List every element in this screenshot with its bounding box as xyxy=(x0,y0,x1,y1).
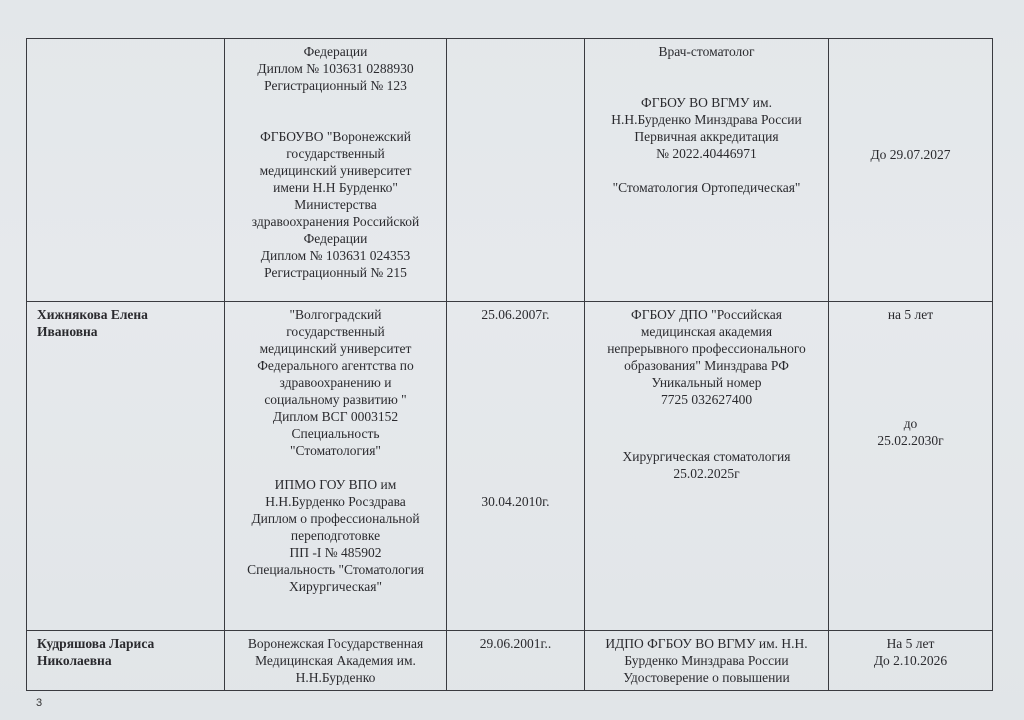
text-line: Медицинская Академия им. xyxy=(231,652,440,669)
valid-until: До 2.10.2026 xyxy=(835,652,986,669)
dates-cell: 29.06.2001г.. xyxy=(447,631,585,691)
text-line: Первичная аккредитация xyxy=(591,128,822,145)
diploma-date: 25.06.2007г. xyxy=(453,306,578,323)
certification-cell: Врач-стоматолог ФГБОУ ВО ВГМУ им. Н.Н.Бу… xyxy=(585,39,829,302)
text-line: ФГБОУ ДПО "Российская xyxy=(591,306,822,323)
diploma-number: ПП -I № 485902 xyxy=(231,544,440,561)
registration-number: Регистрационный № 123 xyxy=(231,77,440,94)
text-line: Н.Н.Бурденко Росздрава xyxy=(231,493,440,510)
registration-number: Регистрационный № 215 xyxy=(231,264,440,281)
text-line: Федерального агентства по xyxy=(231,357,440,374)
diploma-number: Диплом № 103631 024353 xyxy=(231,247,440,264)
text-line: медицинский университет xyxy=(231,340,440,357)
document-page: Федерации Диплом № 103631 0288930 Регист… xyxy=(0,0,1024,720)
text-line: медицинская академия xyxy=(591,323,822,340)
diploma-number: Диплом ВСГ 0003152 xyxy=(231,408,440,425)
text-line: образования" Минздрава РФ xyxy=(591,357,822,374)
employee-name-cell: Хижнякова Елена Ивановна xyxy=(27,302,225,631)
dates-cell: 25.06.2007г. 30.04.2010г. xyxy=(447,302,585,631)
employee-name-cell: Кудряшова Лариса Николаевна xyxy=(27,631,225,691)
text-line: Воронежская Государственная xyxy=(231,635,440,652)
employee-name-cell xyxy=(27,39,225,302)
validity-period: на 5 лет xyxy=(835,306,986,323)
text-line: имени Н.Н Бурденко" xyxy=(231,179,440,196)
valid-until: 25.02.2030г xyxy=(835,432,986,449)
text-line: государственный xyxy=(231,323,440,340)
validity-cell: на 5 лет до 25.02.2030г xyxy=(829,302,993,631)
specialty: Хирургическая стоматология xyxy=(591,448,822,465)
text-line: здравоохранению и xyxy=(231,374,440,391)
education-cell: Воронежская Государственная Медицинская … xyxy=(225,631,447,691)
text-line: Министерства xyxy=(231,196,440,213)
text-line: ФГБОУВО "Воронежский xyxy=(231,128,440,145)
education-block: ФГБОУВО "Воронежский государственный мед… xyxy=(231,128,440,281)
certification-cell: ФГБОУ ДПО "Российская медицинская академ… xyxy=(585,302,829,631)
education-block: Федерации Диплом № 103631 0288930 Регист… xyxy=(231,43,440,94)
text-line: ФГБОУ ВО ВГМУ им. xyxy=(591,94,822,111)
specialty: "Стоматология" xyxy=(231,442,440,459)
table-row: Хижнякова Елена Ивановна "Волгоградский … xyxy=(27,302,993,631)
text-line: Диплом о профессиональной xyxy=(231,510,440,527)
diploma-number: Диплом № 103631 0288930 xyxy=(231,60,440,77)
validity-period: На 5 лет xyxy=(835,635,986,652)
text-line: ИДПО ФГБОУ ВО ВГМУ им. Н.Н. xyxy=(591,635,822,652)
specialty: Специальность "Стоматология xyxy=(231,561,440,578)
validity-cell: До 29.07.2027 xyxy=(829,39,993,302)
text-line: ИПМО ГОУ ВПО им xyxy=(231,476,440,493)
unique-number: 7725 032627400 xyxy=(591,391,822,408)
page-number: 3 xyxy=(36,697,42,709)
text-line: государственный xyxy=(231,145,440,162)
education-cell: Федерации Диплом № 103631 0288930 Регист… xyxy=(225,39,447,302)
certification-cell: ИДПО ФГБОУ ВО ВГМУ им. Н.Н. Бурденко Мин… xyxy=(585,631,829,691)
valid-until: До 29.07.2027 xyxy=(835,146,986,163)
diploma-date: 30.04.2010г. xyxy=(453,493,578,510)
specialty: Хирургическая" xyxy=(231,578,440,595)
education-cell: "Волгоградский государственный медицинск… xyxy=(225,302,447,631)
text-line: Специальность xyxy=(231,425,440,442)
employee-name: Кудряшова Лариса Николаевна xyxy=(37,635,187,669)
specialty: Врач-стоматолог xyxy=(591,43,822,60)
validity-cell: На 5 лет До 2.10.2026 xyxy=(829,631,993,691)
text-line: до xyxy=(835,415,986,432)
text-line: Удостоверение о повышении xyxy=(591,669,822,686)
employee-name: Хижнякова Елена Ивановна xyxy=(37,306,187,340)
text-line: здравоохранения Российской xyxy=(231,213,440,230)
table-row: Федерации Диплом № 103631 0288930 Регист… xyxy=(27,39,993,302)
text-line: социальному развитию " xyxy=(231,391,440,408)
text-line: "Волгоградский xyxy=(231,306,440,323)
text-line: Уникальный номер xyxy=(591,374,822,391)
dates-cell xyxy=(447,39,585,302)
text-line: медицинский университет xyxy=(231,162,440,179)
text-line: Н.Н.Бурденко Минздрава России xyxy=(591,111,822,128)
diploma-date: 29.06.2001г.. xyxy=(453,635,578,652)
text-line: Федерации xyxy=(231,230,440,247)
text-line: Федерации xyxy=(231,43,440,60)
specialty: "Стоматология Ортопедическая" xyxy=(591,179,822,196)
text-line: переподготовке xyxy=(231,527,440,544)
text-line: Н.Н.Бурденко xyxy=(231,669,440,686)
staff-qualification-table: Федерации Диплом № 103631 0288930 Регист… xyxy=(26,38,993,691)
certification-date: 25.02.2025г xyxy=(591,465,822,482)
table-row: Кудряшова Лариса Николаевна Воронежская … xyxy=(27,631,993,691)
accreditation-number: № 2022.40446971 xyxy=(591,145,822,162)
text-line: Бурденко Минздрава России xyxy=(591,652,822,669)
text-line: непрерывного профессионального xyxy=(591,340,822,357)
